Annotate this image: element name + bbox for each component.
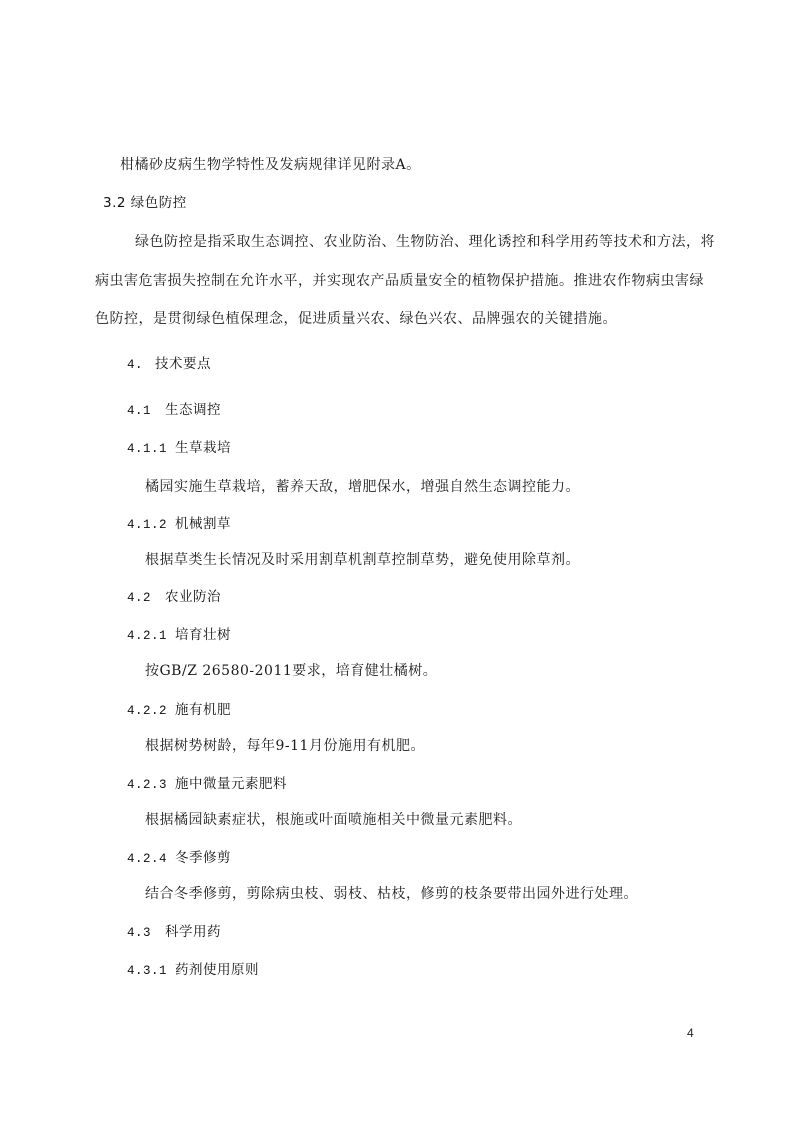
heading-number: 4.2.2 [127,701,175,721]
heading-number: 4.2 [127,588,165,608]
paragraph-mechanical-mowing: 根据草类生长情况及时采用割草机割草控制草势，避免使用除草剂。 [145,550,580,570]
paragraph-strong-trees: 按GB/Z 26580-2011要求，培育健壮橘树。 [145,661,437,681]
heading-title: 农业防治 [165,589,221,605]
heading-number: 4.1.1 [127,439,175,459]
heading-title: 技术要点 [155,356,211,372]
heading-number: 4.2.4 [127,849,175,869]
heading-4-2: 4.2农业防治 [127,587,221,608]
heading-title: 绿色防控 [131,195,187,211]
heading-number: 4.1 [127,401,165,421]
heading-number: 4. [127,355,155,375]
heading-title: 药剂使用原则 [175,962,259,978]
heading-title: 机械割草 [175,516,231,532]
heading-4-3-1: 4.3.1药剂使用原则 [127,960,259,981]
heading-number: 4.2.3 [127,775,175,795]
heading-4-3: 4.3科学用药 [127,922,221,943]
heading-title: 施中微量元素肥料 [175,776,287,792]
heading-title: 培育壮树 [175,627,231,643]
heading-number: 4.1.2 [127,515,175,535]
heading-4-2-2: 4.2.2施有机肥 [127,700,231,721]
document-page: 柑橘砂皮病生物学特性及发病规律详见附录A。 3.2 绿色防控 绿色防控是指采取生… [0,0,794,1123]
heading-3-2: 3.2 绿色防控 [103,193,187,213]
paragraph-appendix-reference: 柑橘砂皮病生物学特性及发病规律详见附录A。 [120,155,421,175]
paragraph-organic-fertilizer: 根据树势树龄，每年9-11月份施用有机肥。 [145,736,425,756]
heading-number: 4.2.1 [127,626,175,646]
heading-number: 3.2 [103,195,126,211]
paragraph-grass-cultivation: 橘园实施生草栽培，蓄养天敌，增肥保水，增强自然生态调控能力。 [145,477,580,497]
heading-title: 生草栽培 [175,440,231,456]
heading-title: 施有机肥 [175,702,231,718]
heading-number: 4.3 [127,923,165,943]
paragraph-winter-pruning: 结合冬季修剪，剪除病虫枝、弱枝、枯枝，修剪的枝条要带出园外进行处理。 [145,884,638,904]
heading-number: 4.3.1 [127,961,175,981]
heading-4-1-1: 4.1.1生草栽培 [127,438,231,459]
heading-4-1: 4.1生态调控 [127,400,221,421]
paragraph-green-control-line-1: 绿色防控是指采取生态调控、农业防治、生物防治、理化诱控和科学用药等技术和方法，将 [135,232,715,252]
heading-4-1-2: 4.1.2机械割草 [127,514,231,535]
page-number: 4 [687,1026,694,1040]
heading-4-2-1: 4.2.1培育壮树 [127,625,231,646]
paragraph-green-control-line-2: 病虫害危害损失控制在允许水平，并实现农产品质量安全的植物保护措施。推进农作物病虫… [95,271,704,291]
heading-4-2-4: 4.2.4冬季修剪 [127,848,231,869]
paragraph-green-control-line-3: 色防控，是贯彻绿色植保理念，促进质量兴农、绿色兴农、品牌强农的关键措施。 [95,309,617,329]
heading-4-2-3: 4.2.3施中微量元素肥料 [127,774,287,795]
heading-title: 科学用药 [165,924,221,940]
heading-4: 4.技术要点 [127,354,211,375]
heading-title: 生态调控 [165,402,221,418]
paragraph-micronutrient-fertilizer: 根据橘园缺素症状，根施或叶面喷施相关中微量元素肥料。 [145,810,522,830]
heading-title: 冬季修剪 [175,850,231,866]
